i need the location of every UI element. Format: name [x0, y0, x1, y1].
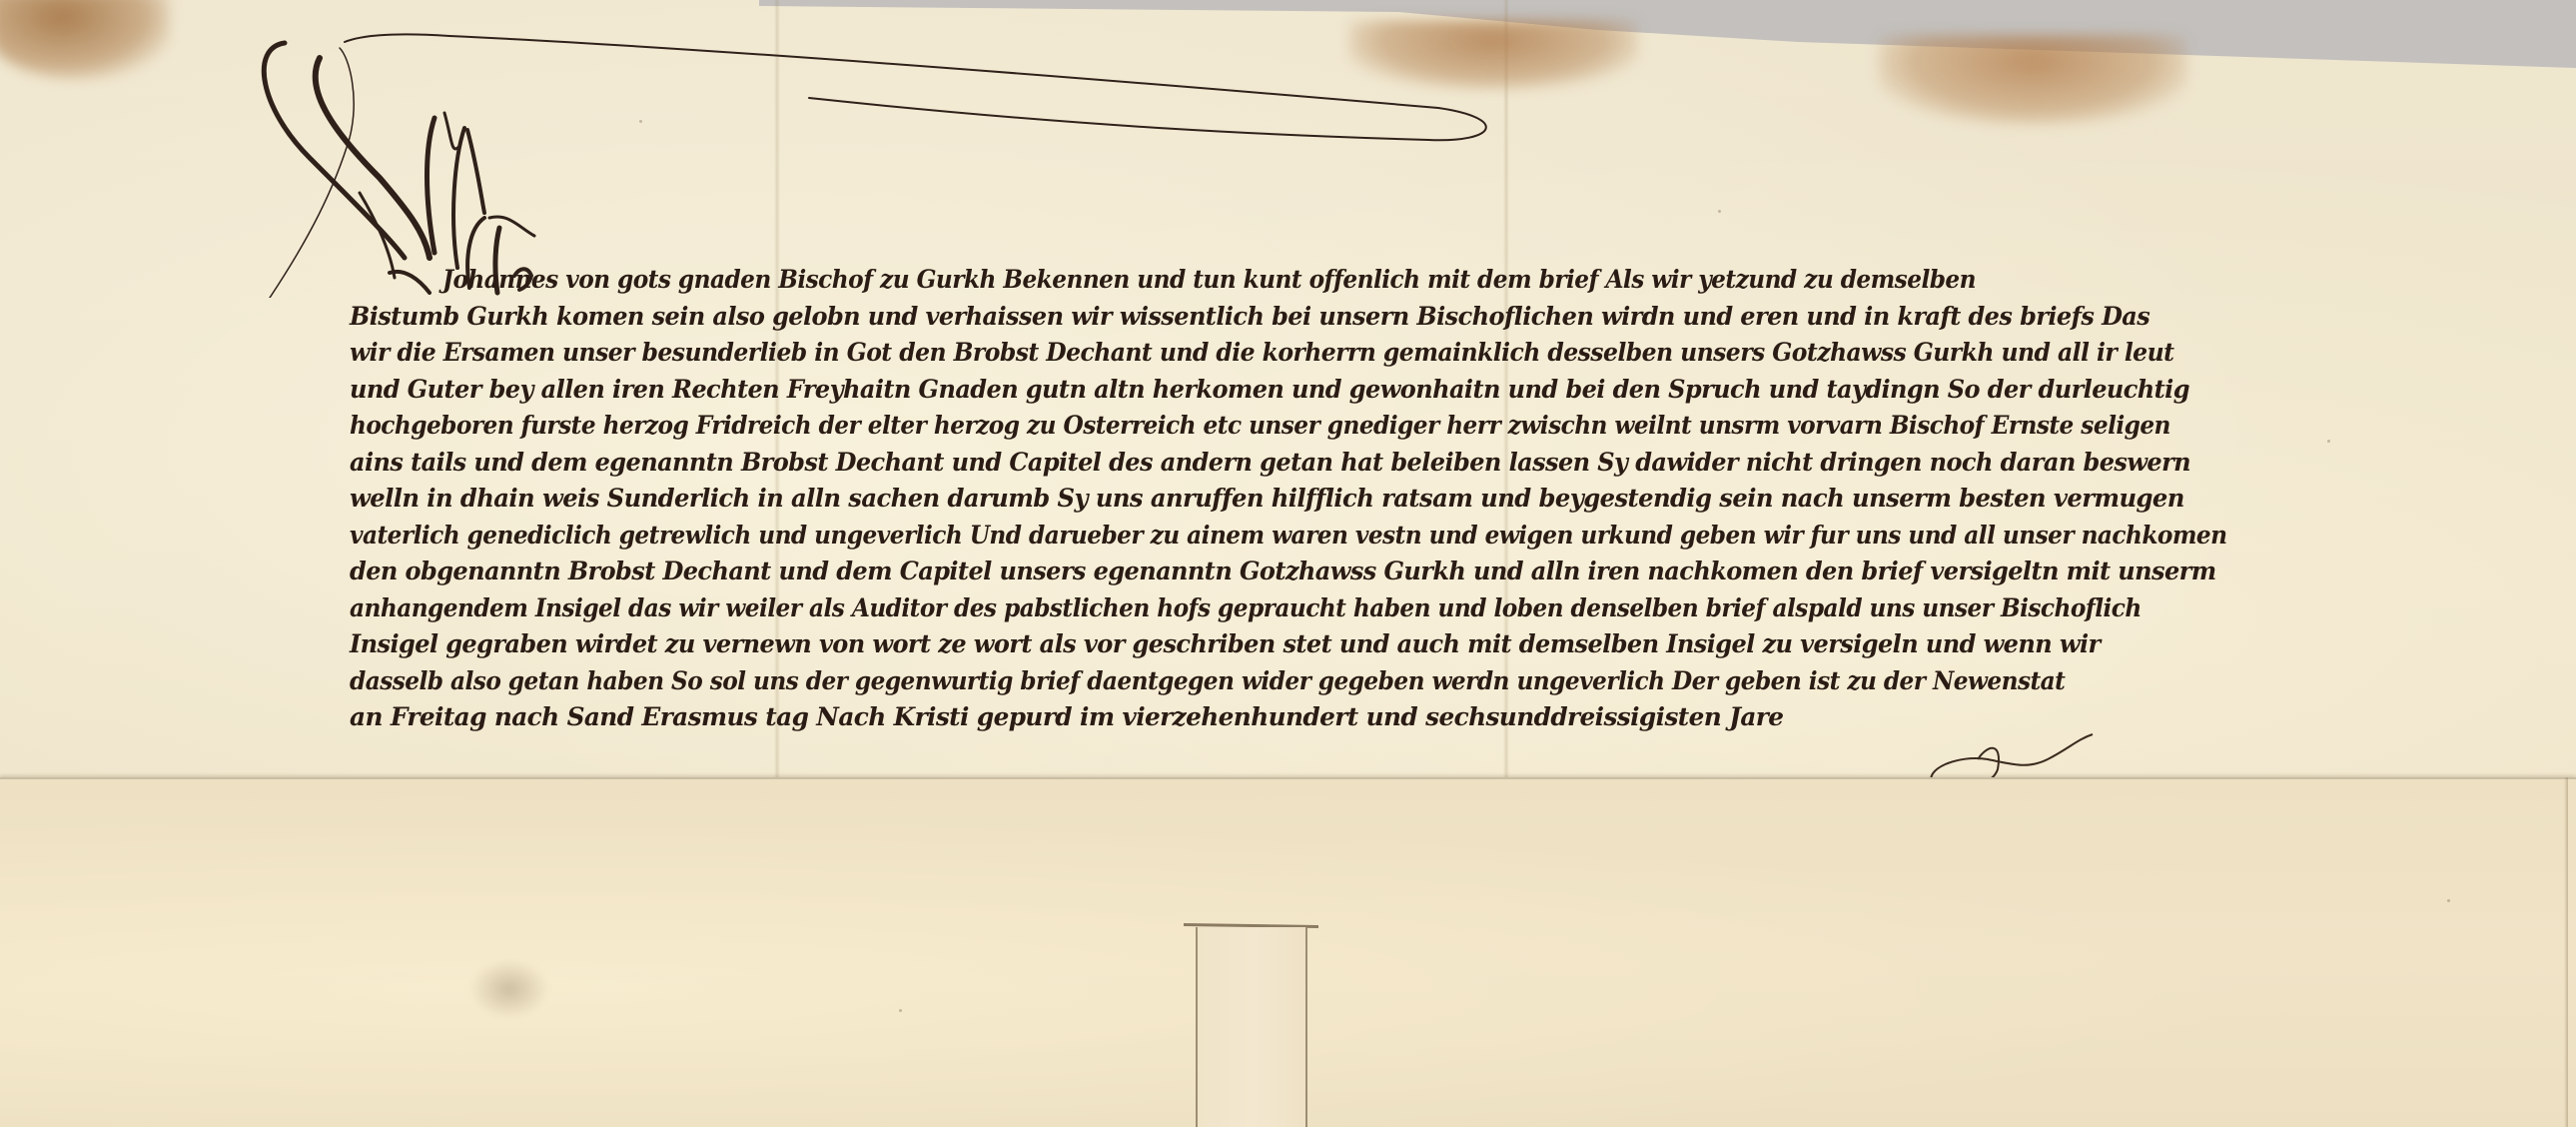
ink-smudge: [469, 959, 549, 1019]
text-line-11: Insigel gegraben wirdet zu vernewn von w…: [350, 626, 2161, 663]
charter-text: Johannes von gots gnaden Bischof zu Gurk…: [350, 262, 2237, 736]
plica-edge: [2564, 777, 2568, 1127]
text-line-3: wir die Ersamen unser besunderlieb in Go…: [350, 335, 2125, 372]
text-line-9: den obgenanntn Brobst Dechant und dem Ca…: [350, 554, 2161, 590]
text-line-10: anhangendem Insigel das wir weiler als A…: [350, 590, 2106, 627]
text-line-4: und Guter bey allen iren Rechten Freyhai…: [350, 372, 2161, 409]
text-line-2: Bistumb Gurkh komen sein also gelobn und…: [350, 299, 2161, 336]
speck: [2327, 440, 2330, 443]
speck: [2447, 899, 2450, 902]
seal-tag-strip: [1196, 927, 1307, 1127]
charter-image: Johannes von gots gnaden Bischof zu Gurk…: [0, 0, 2576, 1127]
water-stain: [1878, 35, 2187, 125]
text-line-8: vaterlich genediclich getrewlich und ung…: [350, 518, 2106, 555]
speck: [1718, 210, 1721, 213]
text-line-7: welln in dhain weis Sunderlich in alln s…: [350, 481, 2180, 518]
text-line-1: Johannes von gots gnaden Bischof zu Gurk…: [350, 262, 2106, 299]
text-line-5: hochgeboren furste herzog Fridreich der …: [350, 408, 2106, 445]
speck: [899, 1009, 902, 1012]
text-line-12: dasselb also getan haben So sol uns der …: [350, 663, 2106, 700]
decorated-initial-w-icon: [190, 18, 1508, 298]
speck: [639, 120, 642, 123]
text-line-6: ains tails und dem egenanntn Brobst Dech…: [350, 445, 2161, 482]
